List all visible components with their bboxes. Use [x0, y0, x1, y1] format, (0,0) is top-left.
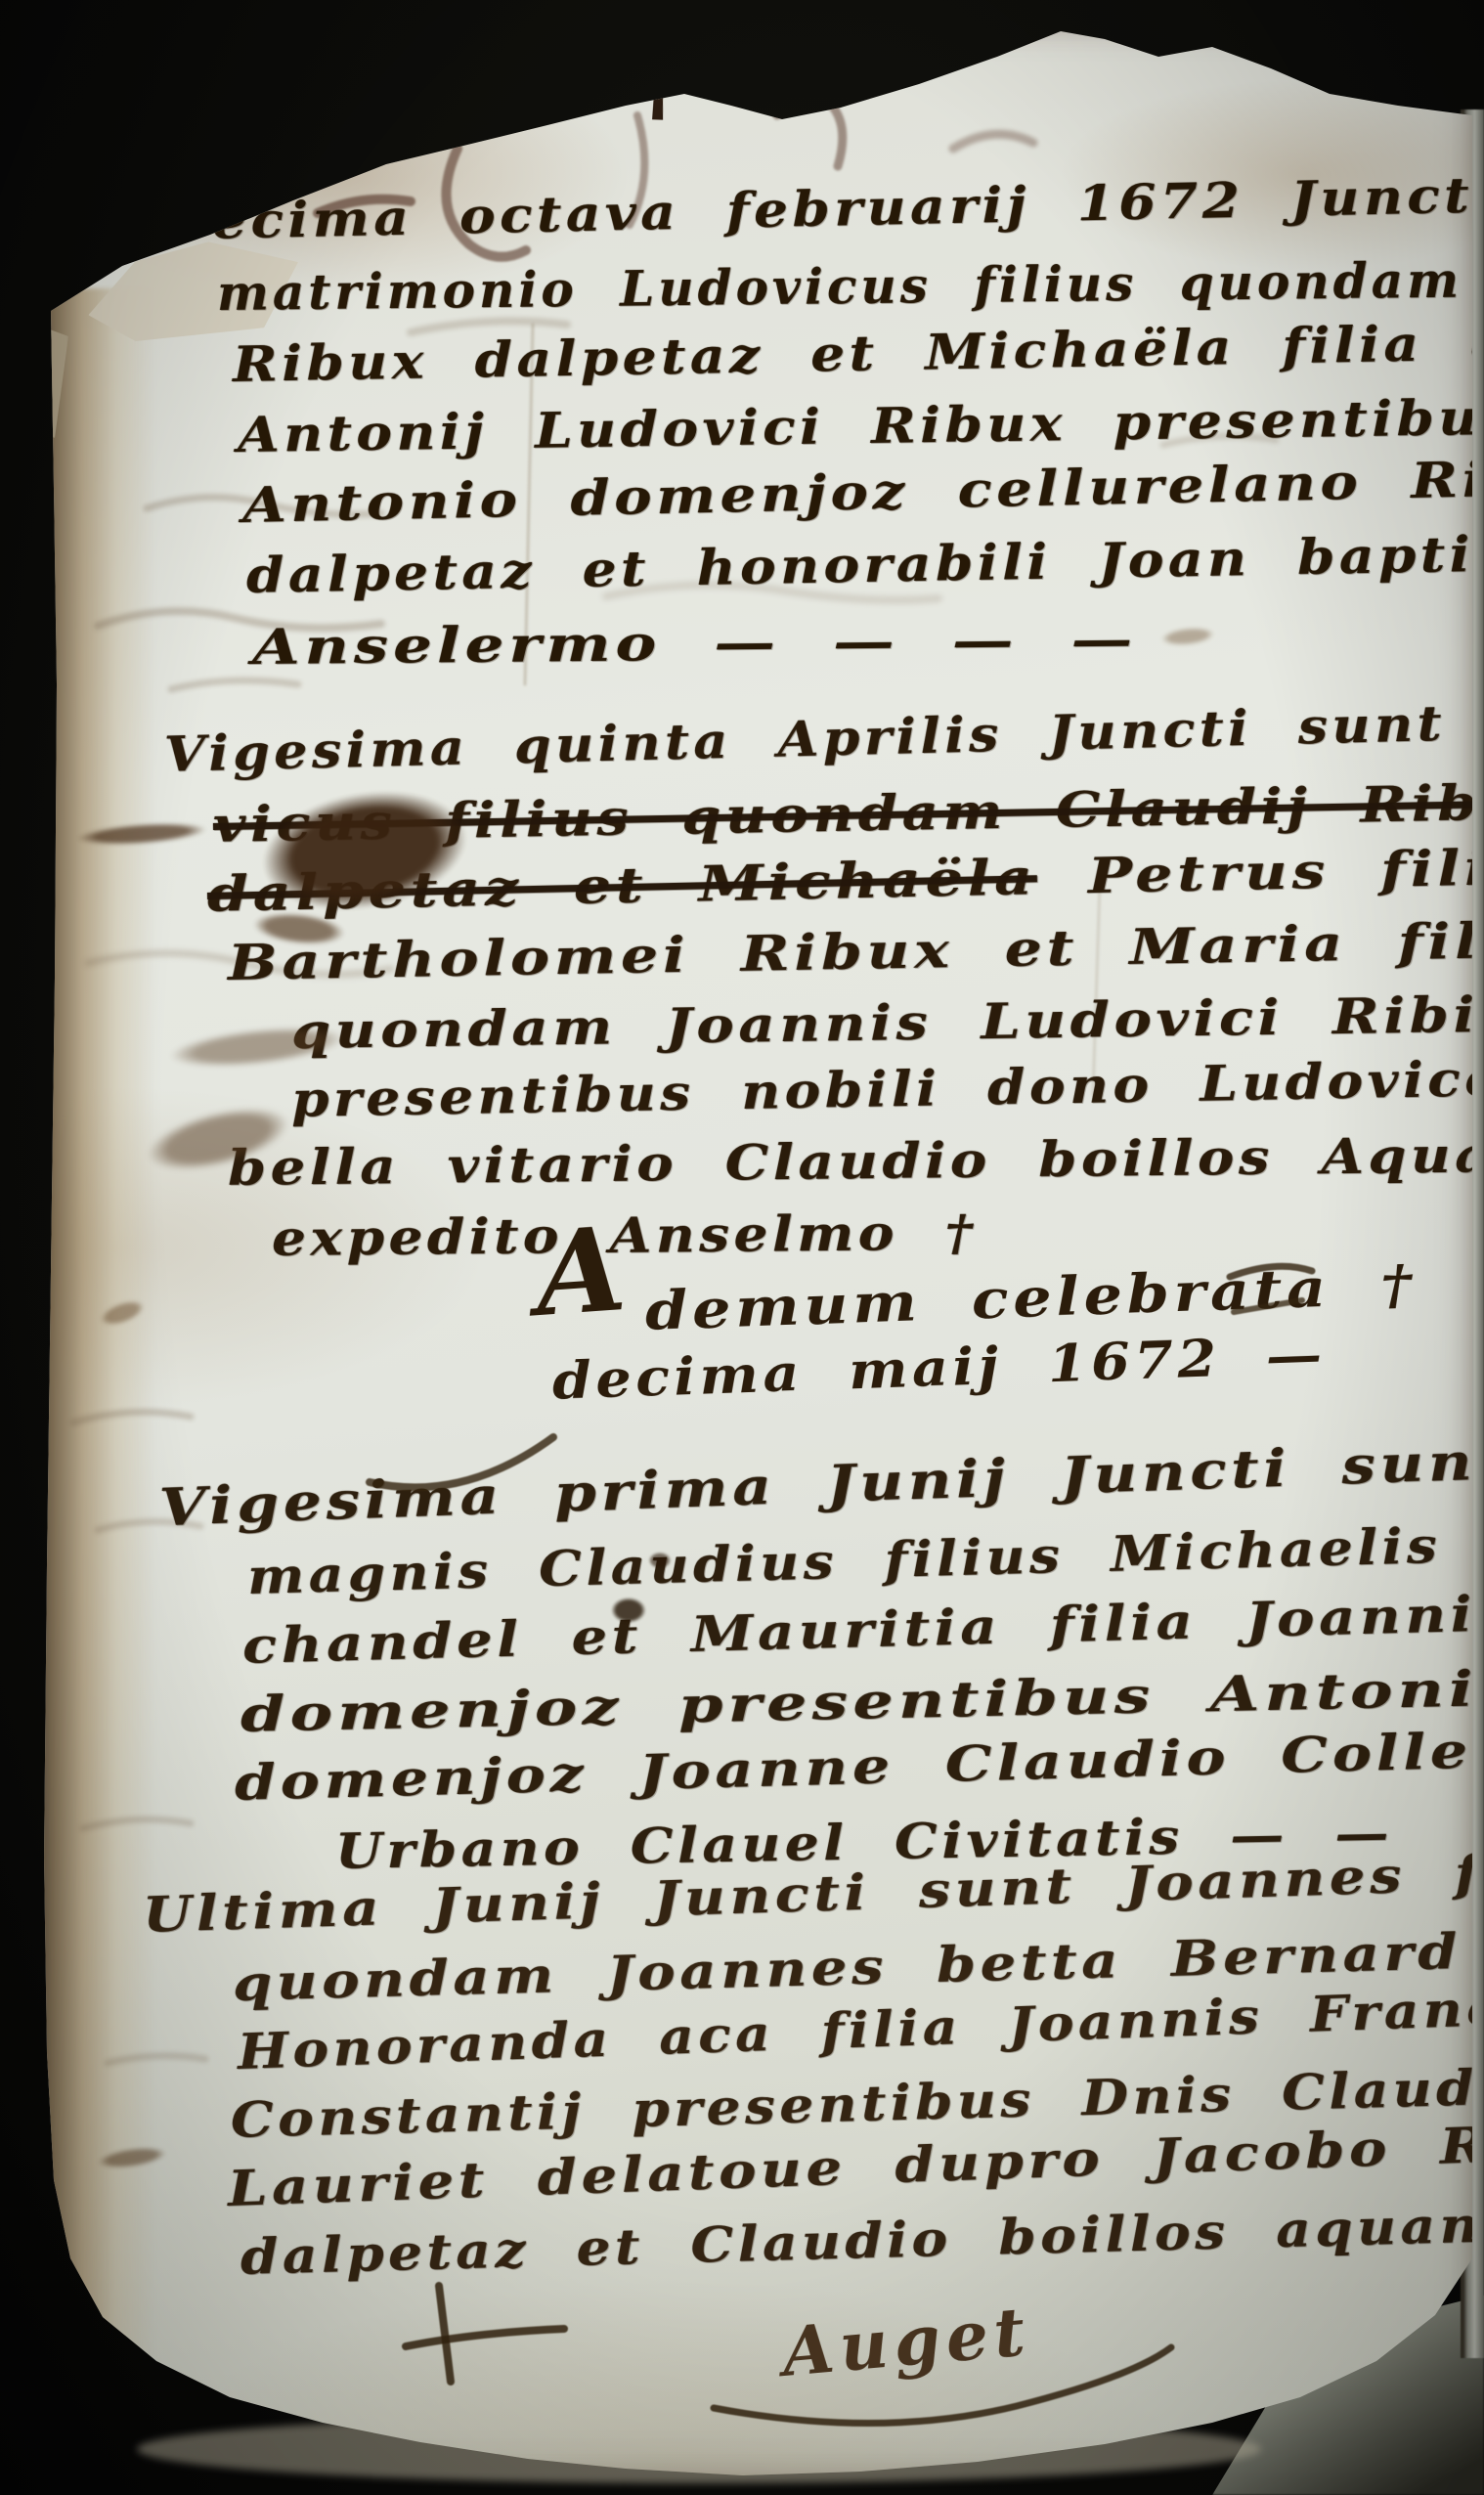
manuscript-page: † Decima octava februarij 1672 Juncti su…	[0, 0, 1484, 2495]
ink-flourishes	[0, 0, 1484, 2495]
